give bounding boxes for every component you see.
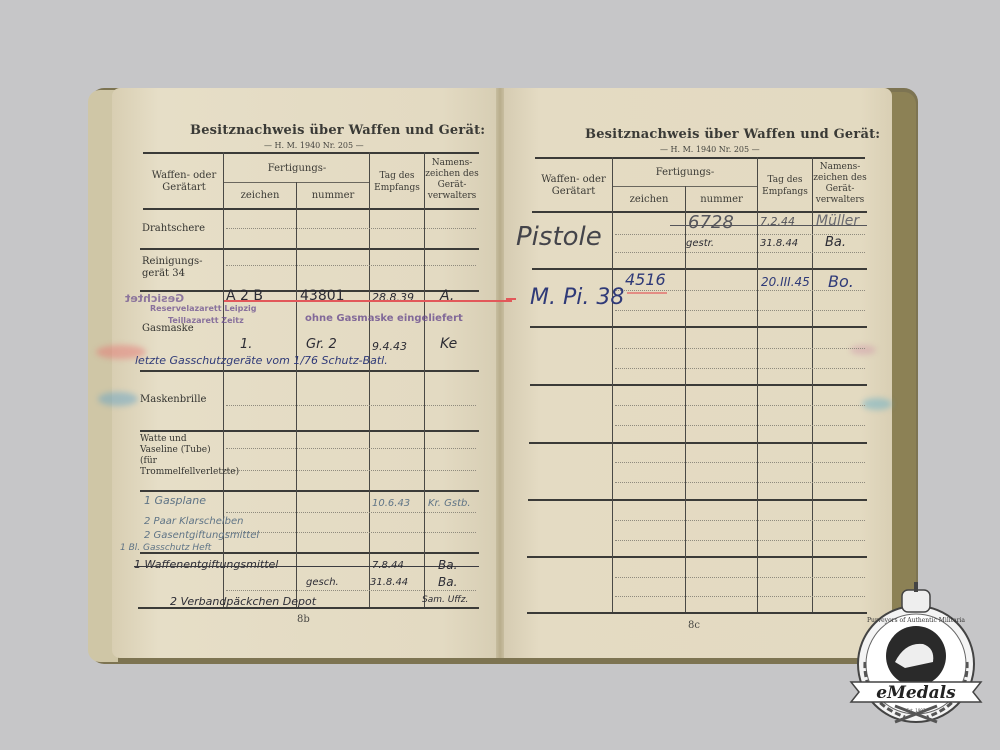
row-label-drahtschere: Drahtschere — [142, 223, 205, 235]
emedals-watermark: eMedals Est. 1997 Purveyors of Authentic… — [845, 582, 987, 732]
stamp-lazarett-1: Reservelazarett Leipzig — [150, 304, 256, 313]
header-zeichen: zeichen — [224, 190, 296, 202]
left-page-title: Besitznachweis über Waffen und Gerät: — [190, 123, 485, 138]
dotted-line — [226, 448, 476, 449]
hw-extra-gesch: gesch. — [306, 577, 339, 588]
dotted-line — [226, 590, 476, 591]
left-row-rule — [140, 490, 479, 492]
right-page-subtitle: — H. M. 1940 Nr. 205 — — [660, 145, 760, 154]
hw-extra-gasplane-tag: 10.6.43 — [372, 498, 410, 509]
dotted-line — [226, 470, 476, 471]
header-namens: Namens- zeichen des Gerät- verwalters — [425, 158, 479, 202]
hw-extra-gesch-namens: Ba. — [438, 575, 457, 589]
hw-extra-waffen-namens: Ba. — [438, 558, 457, 572]
dotted-line — [615, 252, 865, 253]
left-col-divider — [296, 182, 297, 607]
dotted-line — [615, 540, 865, 541]
dotted-line — [615, 405, 865, 406]
dotted-line — [226, 512, 476, 513]
hw-mpi38: M. Pi. 38 — [530, 285, 624, 310]
right-header-tag: Tag des Empfangs — [758, 174, 812, 198]
right-page-number: 8c — [688, 620, 700, 631]
right-col-divider — [612, 157, 613, 612]
left-page-number: 8b — [297, 614, 310, 625]
hw-gasmaske-namens-2: Ke — [440, 336, 457, 352]
right-row-rule — [529, 442, 867, 444]
right-table-top-rule — [535, 157, 865, 159]
hw-extra-entgiftung: 2 Gasentgiftungsmittel — [144, 530, 259, 541]
right-header-waffen: Waffen- oder Gerätart — [535, 174, 612, 198]
hw-pistole-tag-2: 31.8.44 — [760, 238, 798, 249]
hw-gasmaske-zeichen-2: 1. — [240, 337, 252, 352]
right-header-fertigung: Fertigungs- — [613, 167, 757, 179]
right-header-nummer: nummer — [686, 194, 757, 206]
strikethrough-line — [134, 566, 479, 567]
stamp-ohne-gasmaske: ohne Gasmaske eingeliefert — [305, 313, 463, 324]
emedals-logo-icon: eMedals Est. 1997 Purveyors of Authentic… — [845, 582, 987, 732]
header-fertigung: Fertigungs- — [224, 163, 370, 175]
dotted-line — [615, 482, 865, 483]
hw-mpi38-tag: 20.III.45 — [761, 275, 810, 289]
hw-pistole-namens: Müller — [816, 213, 859, 229]
dotted-line — [615, 348, 865, 349]
blue-stain — [98, 392, 138, 406]
left-row-rule — [140, 370, 479, 372]
emedals-brand-text: eMedals — [876, 683, 956, 703]
emedals-ring-text: Purveyors of Authentic Militaria — [867, 617, 965, 624]
left-col-divider — [369, 152, 370, 607]
right-table-bottom-rule — [527, 612, 867, 614]
dotted-line — [226, 405, 476, 406]
right-row-rule — [527, 556, 867, 558]
hw-mpi38-namens: Bo. — [828, 272, 854, 291]
hw-gasmaske-note: letzte Gasschutzgeräte vom 1/76 Schutz-B… — [135, 354, 388, 367]
dotted-line — [226, 532, 476, 533]
dotted-line — [615, 596, 865, 597]
dotted-line — [226, 228, 476, 229]
left-col-divider — [424, 152, 425, 607]
right-row-rule — [532, 268, 867, 270]
left-page-subtitle: — H. M. 1940 Nr. 205 — — [264, 141, 364, 150]
hw-gasmaske-tag-2: 9.4.43 — [372, 340, 407, 353]
header-nummer: nummer — [297, 190, 369, 202]
right-header-zeichen: zeichen — [613, 194, 685, 206]
pink-stain-right — [850, 345, 876, 355]
right-row-rule — [528, 499, 867, 501]
header-tag: Tag des Empfangs — [370, 170, 424, 194]
right-row-rule — [530, 326, 867, 328]
hw-pistole: Pistole — [516, 222, 602, 252]
left-row-rule — [140, 430, 479, 432]
dotted-line — [615, 310, 865, 311]
left-header-bottom-rule — [143, 208, 479, 210]
hw-extra-verband-namens: Sam. Uffz. — [422, 595, 468, 605]
hw-extra-heft: 1 Bl. Gasschutz Heft — [120, 543, 211, 553]
left-table-top-rule — [143, 152, 479, 154]
hw-extra-gasplane: 1 Gasplane — [144, 494, 206, 507]
dotted-line — [615, 425, 865, 426]
hw-extra-gasplane-namens: Kr. Gstb. — [428, 498, 471, 509]
hw-extra-klarscheiben: 2 Paar Klarscheiben — [144, 516, 244, 527]
red-line-continuation — [506, 298, 516, 300]
row-label-maskenbrille: Maskenbrille — [140, 394, 206, 406]
red-underline-4516 — [627, 292, 667, 294]
dotted-line — [615, 577, 865, 578]
hw-pistole-nummer: 6728 — [688, 212, 734, 233]
hw-pistole-gestr: gestr. — [686, 238, 714, 249]
right-page-title: Besitznachweis über Waffen und Gerät: — [585, 127, 880, 142]
dotted-line — [615, 368, 865, 369]
dotted-line — [226, 265, 476, 266]
book-gutter — [496, 88, 504, 658]
hw-extra-waffen-tag: 7.8.44 — [372, 560, 404, 571]
hw-mpi38-zeichen: 4516 — [625, 270, 666, 289]
dotted-line — [615, 520, 865, 521]
hw-extra-gesch-tag: 31.8.44 — [370, 577, 408, 588]
dotted-line — [615, 462, 865, 463]
stamp-lazarett-2: Teillazarett Zeitz — [168, 316, 244, 325]
pistole-strikethrough — [670, 225, 867, 226]
left-fertigung-divider — [224, 182, 370, 183]
header-waffen: Waffen- oder Gerätart — [145, 170, 223, 194]
red-underline — [224, 300, 512, 302]
hw-pistole-tag: 7.2.44 — [760, 215, 795, 228]
row-label-reinigungsgeraet: Reinigungs- gerät 34 — [142, 256, 212, 280]
row-label-watte: Watte und Vaseline (Tube) (für Trommelfe… — [140, 434, 220, 478]
hw-pistole-namens-2: Ba. — [825, 235, 846, 250]
hw-extra-waffenentgiftung: 1 Waffenentgiftungsmittel — [134, 558, 278, 571]
right-col-divider — [685, 186, 686, 612]
hw-gasmaske-nummer-2: Gr. 2 — [306, 337, 337, 352]
blue-stain-right — [862, 398, 892, 410]
right-row-rule — [530, 384, 867, 386]
hw-gasmaske-tag: 28.8.39 — [372, 291, 414, 304]
right-header-namens: Namens- zeichen des Gerät- verwalters — [813, 162, 867, 206]
left-row-rule — [140, 248, 479, 250]
hw-extra-verband: 2 Verbandpäckchen Depot — [170, 595, 316, 608]
